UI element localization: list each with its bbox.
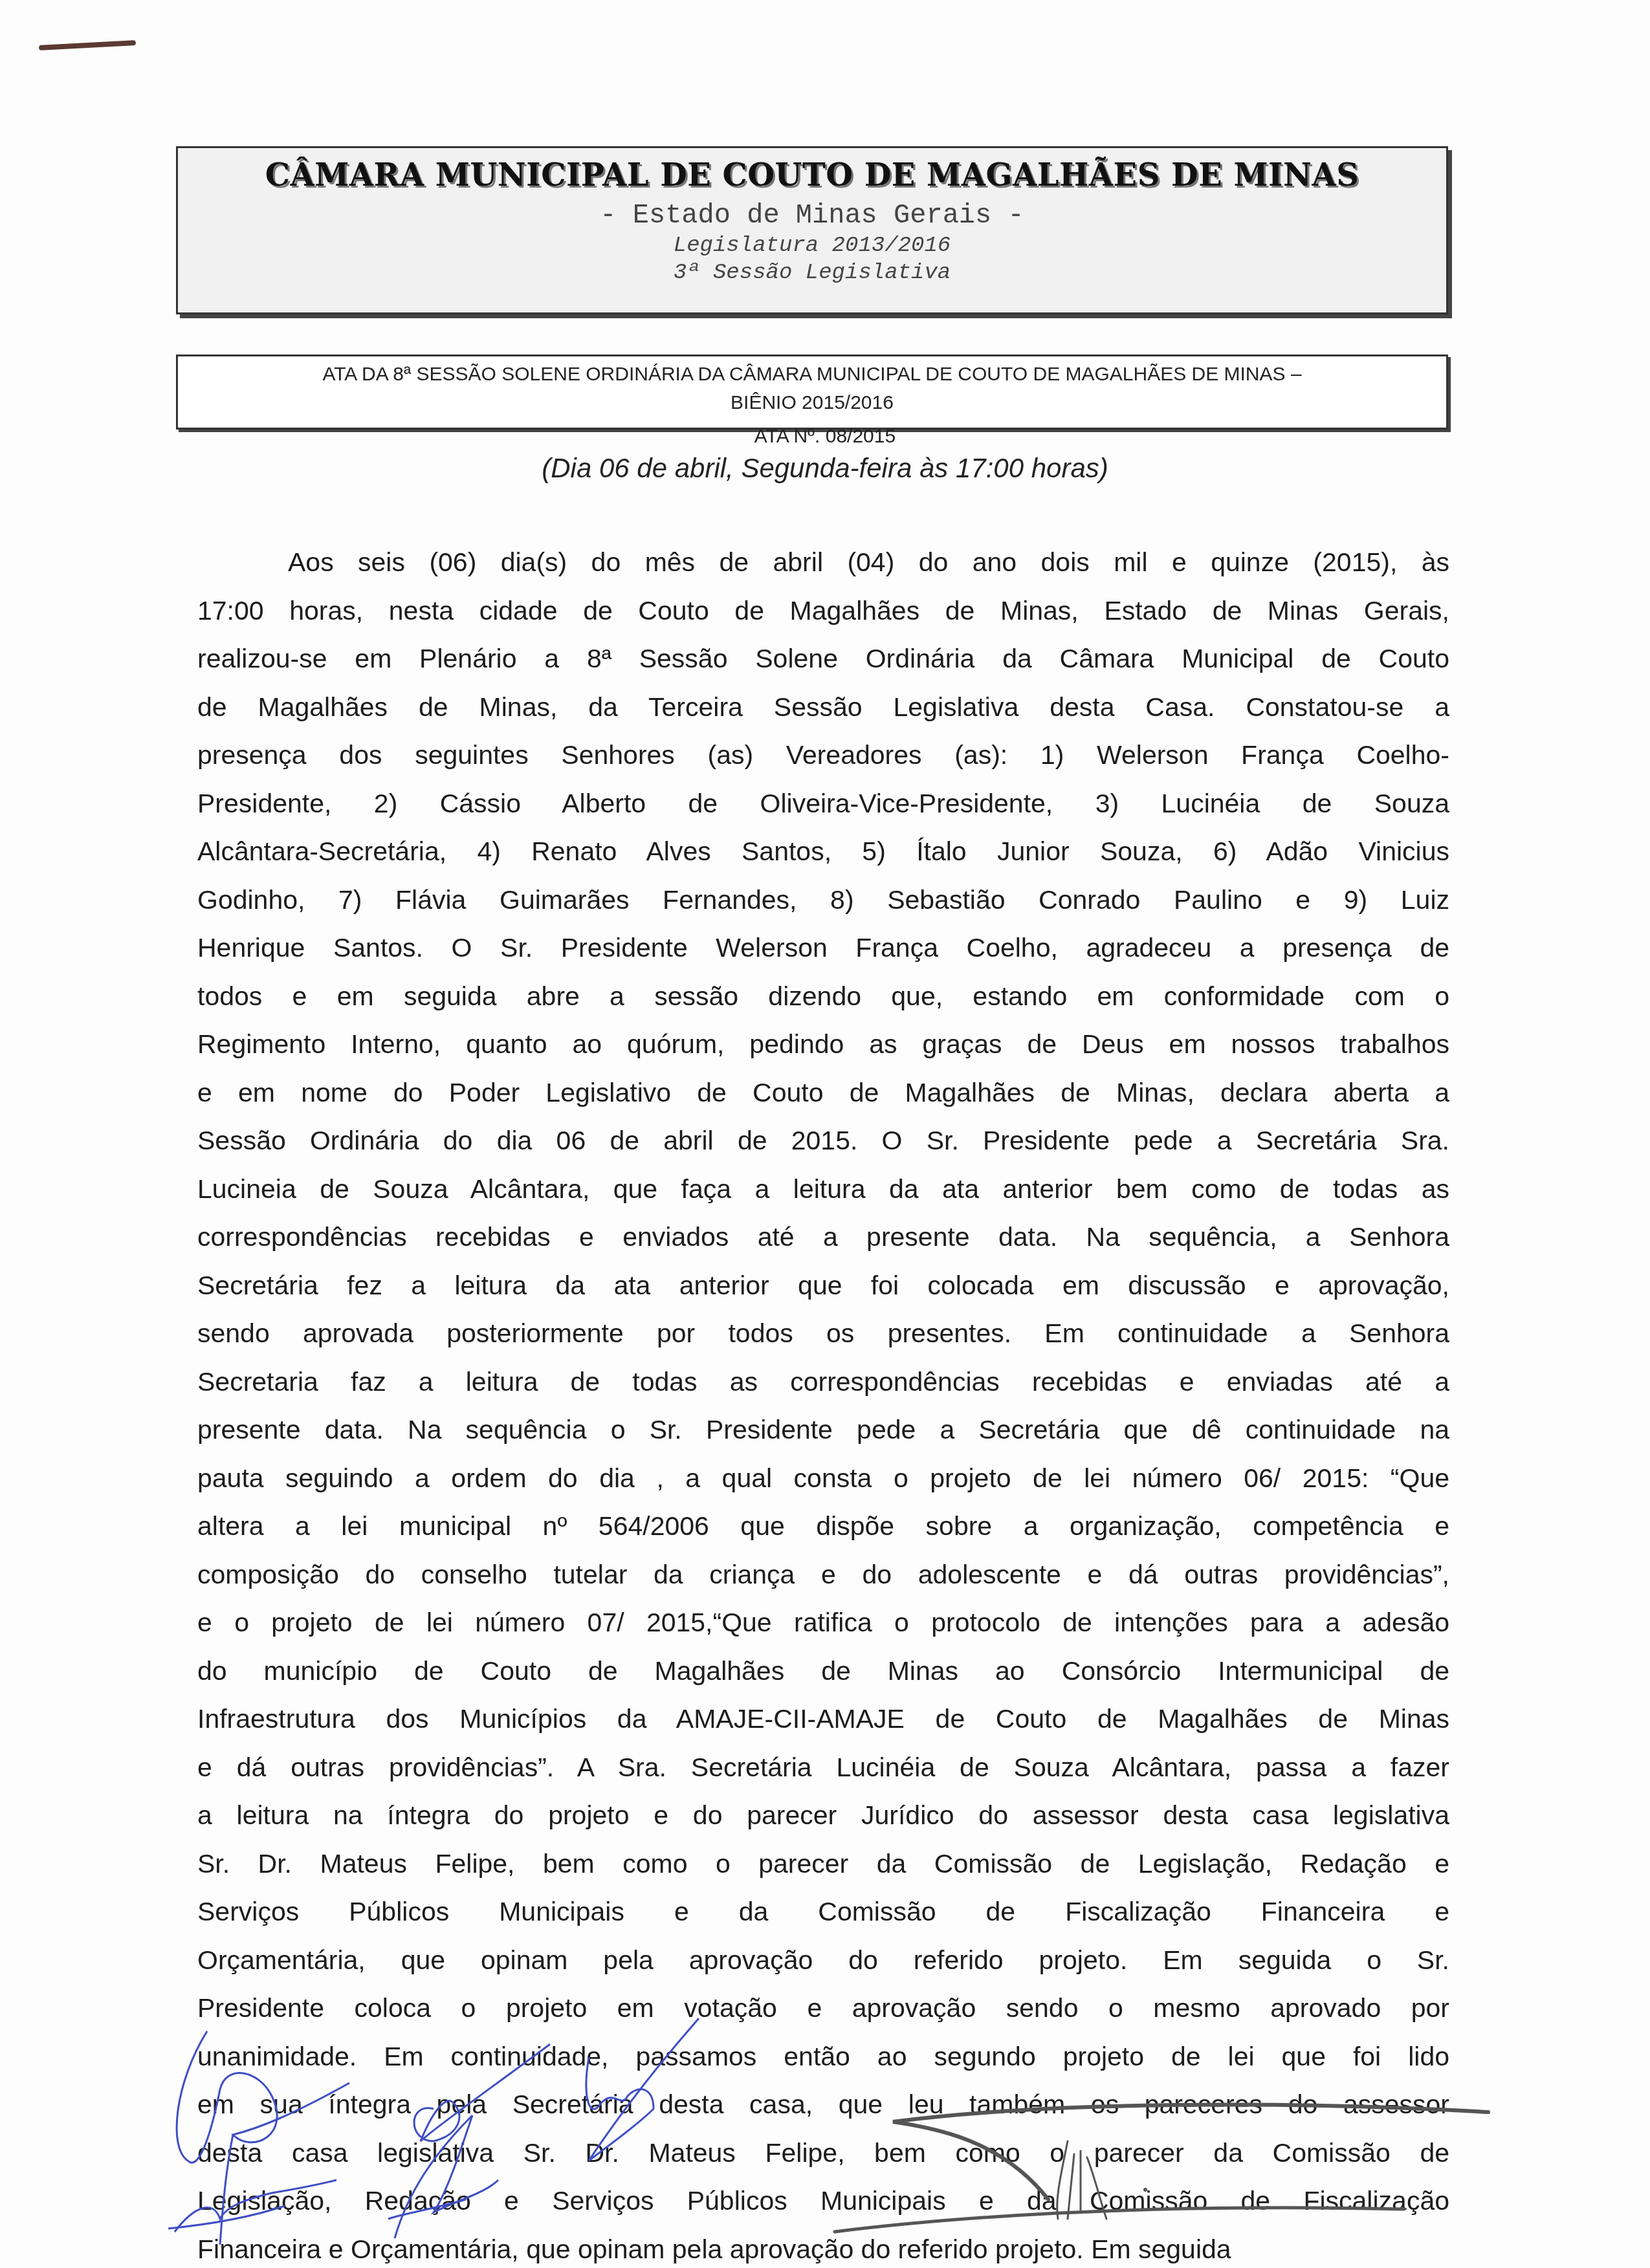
- body-line: presença dos seguintes Senhores (as) Ver…: [197, 731, 1449, 780]
- minutes-title-line2: BIÊNIO 2015/2016: [178, 389, 1446, 417]
- body-line: presente data. Na sequência o Sr. Presid…: [197, 1406, 1449, 1454]
- body-line: Henrique Santos. O Sr. Presidente Welers…: [197, 924, 1449, 972]
- body-line: e o projeto de lei número 07/ 2015,“Que …: [197, 1598, 1449, 1647]
- body-line: de Magalhães de Minas, da Terceira Sessã…: [197, 683, 1449, 732]
- body-line: Orçamentária, que opinam pela aprovação …: [197, 1936, 1449, 1985]
- body-line: 17:00 horas, nesta cidade de Couto de Ma…: [197, 587, 1449, 635]
- body-line: altera a lei municipal nº 564/2006 que d…: [197, 1502, 1449, 1551]
- minutes-number: ATA Nº. 08/2015: [0, 426, 1650, 448]
- signature-5: [586, 2018, 699, 2161]
- body-line: Infraestrutura dos Municípios da AMAJE-C…: [197, 1695, 1449, 1743]
- signature-4: [395, 2115, 498, 2238]
- institution-title: CÂMARA MUNICIPAL DE COUTO DE MAGALHÃES D…: [178, 157, 1446, 193]
- signature-1: [177, 2031, 349, 2163]
- body-line: Regimento Interno, quanto ao quórum, ped…: [197, 1020, 1449, 1069]
- body-line: Aos seis (06) dia(s) do mês de abril (04…: [197, 538, 1449, 587]
- minutes-title-box: ATA DA 8ª SESSÃO SOLENE ORDINÁRIA DA CÂM…: [176, 354, 1448, 430]
- session-label: 3ª Sessão Legislativa: [178, 261, 1446, 285]
- signature-area: [162, 2005, 1521, 2251]
- body-line: sendo aprovada posteriormente por todos …: [197, 1309, 1449, 1358]
- body-line: Alcântara-Secretária, 4) Renato Alves Sa…: [197, 827, 1449, 876]
- body-line: pauta seguindo a ordem do dia , a qual c…: [197, 1454, 1449, 1503]
- body-line: Godinho, 7) Flávia Guimarães Fernandes, …: [197, 876, 1449, 924]
- body-line: Sessão Ordinária do dia 06 de abril de 2…: [197, 1117, 1449, 1165]
- body-line: a leitura na íntegra do projeto e do par…: [197, 1791, 1449, 1840]
- signature-6: [893, 2105, 1488, 2199]
- body-line: e dá outras providências”. A Sra. Secret…: [197, 1743, 1449, 1792]
- legislature-label: Legislatura 2013/2016: [178, 234, 1446, 258]
- body-line: Lucineia de Souza Alcântara, que faça a …: [197, 1165, 1449, 1214]
- body-line: Secretaria faz a leitura de todas as cor…: [197, 1358, 1449, 1406]
- signature-3: [414, 2044, 550, 2141]
- staple-mark: [39, 40, 136, 50]
- session-date: (Dia 06 de abril, Segunda-feira às 17:00…: [0, 453, 1650, 484]
- body-line: Sr. Dr. Mateus Felipe, bem como o parece…: [197, 1840, 1449, 1888]
- body-line: Presidente, 2) Cássio Alberto de Oliveir…: [197, 780, 1449, 828]
- body-line: realizou-se em Plenário a 8ª Sessão Sole…: [197, 635, 1449, 683]
- body-line: composição do conselho tutelar da crianç…: [197, 1551, 1449, 1599]
- minutes-title-line1: ATA DA 8ª SESSÃO SOLENE ORDINÁRIA DA CÂM…: [178, 360, 1446, 389]
- body-line: Secretária fez a leitura da ata anterior…: [197, 1261, 1449, 1310]
- body-line: do município de Couto de Magalhães de Mi…: [197, 1647, 1449, 1696]
- state-subtitle: - Estado de Minas Gerais -: [178, 200, 1446, 231]
- body-line: e em nome do Poder Legislativo de Couto …: [197, 1069, 1449, 1117]
- body-line: Serviços Públicos Municipais e da Comiss…: [197, 1888, 1449, 1936]
- body-line: todos e em seguida abre a sessão dizendo…: [197, 972, 1449, 1021]
- body-line: correspondências recebidas e enviados at…: [197, 1213, 1449, 1261]
- signatures-drawing: [162, 2005, 1521, 2264]
- letterhead-box: CÂMARA MUNICIPAL DE COUTO DE MAGALHÃES D…: [176, 146, 1448, 314]
